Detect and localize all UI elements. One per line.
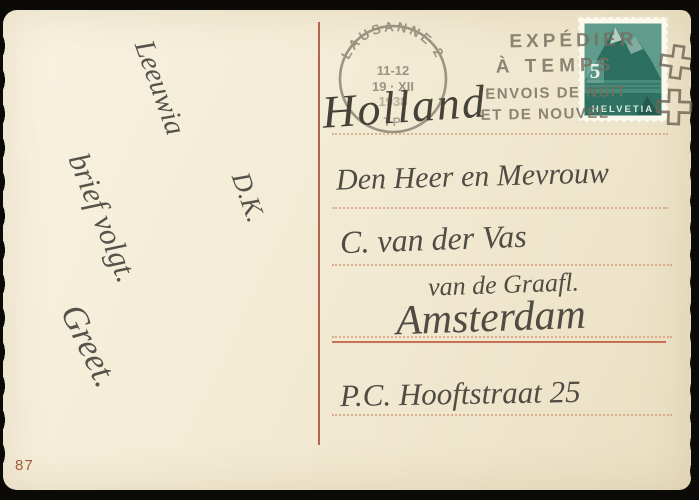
address-line-recipient: Den Heer en Mevrouw bbox=[336, 156, 610, 197]
swiss-cross-icon bbox=[657, 42, 698, 83]
swiss-cross-icon bbox=[654, 87, 693, 126]
svg-text:LAUSANNE 2: LAUSANNE 2 bbox=[338, 22, 447, 62]
address-line-name: C. van der Vas bbox=[339, 218, 527, 261]
postcard-scan: LAUSANNE 2 11-12 19 · XII 1938 TP 5 HELV… bbox=[0, 0, 699, 500]
catalogue-number: 87 bbox=[15, 457, 34, 474]
postmark-time: 11-12 bbox=[377, 63, 410, 78]
address-ruled-line bbox=[332, 207, 668, 209]
address-line-city: Amsterdam bbox=[395, 291, 586, 346]
postmark-town: LAUSANNE 2 bbox=[338, 22, 447, 62]
address-ruled-line bbox=[332, 414, 672, 416]
address-ruled-line bbox=[332, 264, 672, 266]
address-line-street: P.C. Hooftstraat 25 bbox=[340, 374, 581, 414]
